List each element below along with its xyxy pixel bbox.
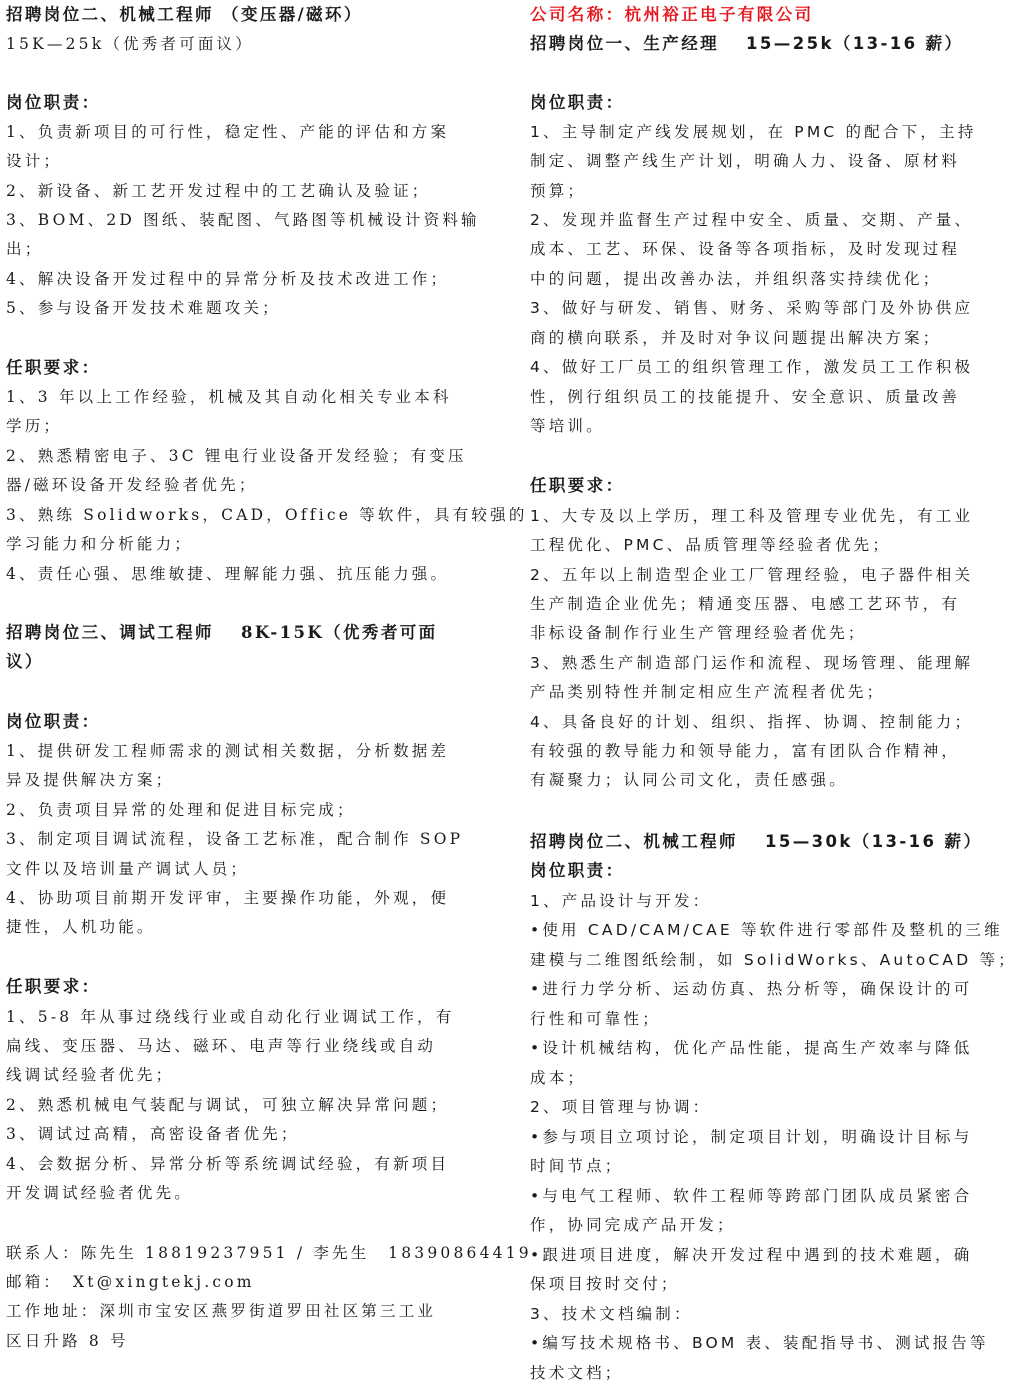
right-text-line: 商的横向联系，并及时对争议问题提出解决方案； bbox=[530, 327, 941, 349]
right-text-line: 2、五年以上制造型企业工厂管理经验，电子器件相关 bbox=[530, 564, 973, 586]
left-text-line: 3、熟练 Solidworks，CAD，Office 等软件，具有较强的 bbox=[6, 504, 528, 526]
left-text-line: 器/磁环设备开发经验者优先； bbox=[6, 474, 258, 496]
right-text-line: •使用 CAD/CAM/CAE 等软件进行零部件及整机的三维 bbox=[530, 919, 1003, 941]
left-text-line: 联系人：陈先生 18819237951 / 李先生 18390864419 bbox=[6, 1242, 532, 1264]
right-text-line: 1、主导制定产线发展规划，在 PMC 的配合下，主持 bbox=[530, 121, 976, 143]
left-text-line: 4、解决设备开发过程中的异常分析及技术改进工作； bbox=[6, 268, 449, 290]
left-text-line: 2、负责项目异常的处理和促进目标完成； bbox=[6, 799, 356, 821]
left-text-line: 3、制定项目调试流程，设备工艺标准，配合制作 SOP bbox=[6, 828, 463, 850]
left-text-line: 工作地址：深圳市宝安区燕罗街道罗田社区第三工业 bbox=[6, 1300, 436, 1322]
right-text-line: 非标设备制作行业生产管理经验者优先； bbox=[530, 622, 867, 644]
right-text-line: 4、做好工厂员工的组织管理工作，激发员工工作积极 bbox=[530, 356, 973, 378]
right-text-line: •参与项目立项讨论，制定项目计划，明确设计目标与 bbox=[530, 1126, 972, 1148]
right-section-heading: 任职要求： bbox=[530, 475, 625, 497]
right-section-heading: 招聘岗位二、机械工程师 15—30k（13-16 薪） bbox=[530, 831, 982, 853]
right-text-line: 成本； bbox=[530, 1067, 586, 1089]
right-section-heading: 岗位职责： bbox=[530, 92, 625, 114]
right-text-line: 工程优化、PMC、品质管理等经验者优先； bbox=[530, 534, 891, 556]
right-text-line: 3、技术文档编制： bbox=[530, 1303, 693, 1325]
left-section-heading: 岗位职责： bbox=[6, 92, 101, 114]
left-text-line: 异及提供解决方案； bbox=[6, 769, 174, 791]
right-text-line: 成本、工艺、环保、设备等各项指标，及时发现过程 bbox=[530, 238, 960, 260]
right-section-heading: 岗位职责： bbox=[530, 860, 625, 882]
left-text-line: 区日升路 8 号 bbox=[6, 1330, 129, 1352]
right-text-line: •进行力学分析、运动仿真、热分析等，确保设计的可 bbox=[530, 978, 972, 1000]
right-text-line: 作，协同完成产品开发； bbox=[530, 1214, 736, 1236]
left-text-line: 线调试经验者优先； bbox=[6, 1064, 174, 1086]
right-text-line: 性，例行组织员工的技能提升、安全意识、质量改善 bbox=[530, 386, 960, 408]
right-text-line: 有较强的教导能力和领导能力，富有团队合作精神， bbox=[530, 740, 960, 762]
right-text-line: 1、产品设计与开发： bbox=[530, 890, 711, 912]
left-text-line: 出； bbox=[6, 238, 43, 260]
left-text-line: 1、3 年以上工作经验，机械及其自动化相关专业本科 bbox=[6, 386, 452, 408]
right-text-line: 中的问题，提出改善办法，并组织落实持续优化； bbox=[530, 268, 941, 290]
left-text-line: 3、调试过高精，高密设备者优先； bbox=[6, 1123, 300, 1145]
right-text-line: 建模与二维图纸绘制，如 SolidWorks、AutoCAD 等； bbox=[530, 949, 1017, 971]
right-text-line: 等培训。 bbox=[530, 415, 605, 437]
left-section-heading: 任职要求： bbox=[6, 976, 101, 998]
left-section-heading: 任职要求： bbox=[6, 357, 101, 379]
right-section-heading: 招聘岗位一、生产经理 15—25k（13-16 薪） bbox=[530, 33, 963, 55]
right-text-line: 1、大专及以上学历，理工科及管理专业优先，有工业 bbox=[530, 505, 973, 527]
left-text-line: 1、5-8 年从事过绕线行业或自动化行业调试工作，有 bbox=[6, 1006, 454, 1028]
left-text-line: 3、BOM、2D 图纸、装配图、气路图等机械设计资料输 bbox=[6, 209, 480, 231]
right-text-line: 预算； bbox=[530, 180, 586, 202]
right-text-line: 4、具备良好的计划、组织、指挥、协调、控制能力； bbox=[530, 711, 973, 733]
left-text-line: 2、熟悉精密电子、3C 锂电行业设备开发经验；有变压 bbox=[6, 445, 467, 467]
left-text-line: 文件以及培训量产调试人员； bbox=[6, 858, 249, 880]
left-section-heading: 岗位职责： bbox=[6, 711, 101, 733]
left-section-heading: 招聘岗位三、调试工程师 8K-15K（优秀者可面 bbox=[6, 622, 438, 644]
company-name: 公司名称：杭州裕正电子有限公司 bbox=[530, 4, 814, 26]
right-text-line: 3、熟悉生产制造部门运作和流程、现场管理、能理解 bbox=[530, 652, 973, 674]
right-text-line: 2、项目管理与协调： bbox=[530, 1096, 711, 1118]
right-text-line: 制定、调整产线生产计划，明确人力、设备、原材料 bbox=[530, 150, 960, 172]
right-text-line: •设计机械结构，优化产品性能，提高生产效率与降低 bbox=[530, 1037, 972, 1059]
left-text-line: 5、参与设备开发技术难题攻关； bbox=[6, 297, 281, 319]
right-text-line: 行性和可靠性； bbox=[530, 1008, 661, 1030]
right-text-line: •跟进项目进度，解决开发过程中遇到的技术难题，确 bbox=[530, 1244, 972, 1266]
right-text-line: 产品类别特性并制定相应生产流程者优先； bbox=[530, 681, 885, 703]
left-text-line: 4、责任心强、思维敏捷、理解能力强、抗压能力强。 bbox=[6, 563, 449, 585]
left-text-line: 学历； bbox=[6, 415, 62, 437]
left-text-line: 邮箱： Xt@xingtekj.com bbox=[6, 1271, 255, 1293]
right-text-line: 技术文档； bbox=[530, 1362, 624, 1384]
left-text-line: 2、熟悉机械电气装配与调试，可独立解决异常问题； bbox=[6, 1094, 449, 1116]
left-text-line: 4、协助项目前期开发评审，主要操作功能，外观，便 bbox=[6, 887, 449, 909]
left-text-line: 捷性，人机功能。 bbox=[6, 916, 156, 938]
right-text-line: 有凝聚力；认同公司文化，责任感强。 bbox=[530, 769, 848, 791]
right-text-line: 生产制造企业优先；精通变压器、电感工艺环节，有 bbox=[530, 593, 960, 615]
left-section-heading: 议） bbox=[6, 651, 44, 673]
right-text-line: 3、做好与研发、销售、财务、采购等部门及外协供应 bbox=[530, 297, 973, 319]
left-text-line: 扁线、变压器、马达、磁环、电声等行业绕线或自动 bbox=[6, 1035, 436, 1057]
left-text-line: 2、新设备、新工艺开发过程中的工艺确认及验证； bbox=[6, 180, 430, 202]
right-text-line: 2、发现并监督生产过程中安全、质量、交期、产量、 bbox=[530, 209, 973, 231]
left-text-line: 4、会数据分析、异常分析等系统调试经验，有新项目 bbox=[6, 1153, 449, 1175]
right-text-line: 时间节点； bbox=[530, 1155, 624, 1177]
left-text-line: 1、负责新项目的可行性，稳定性、产能的评估和方案 bbox=[6, 121, 449, 143]
left-text-line: 开发调试经验者优先。 bbox=[6, 1182, 193, 1204]
left-section-heading: 招聘岗位二、机械工程师 （变压器/磁环） bbox=[6, 4, 363, 26]
right-text-line: •与电气工程师、软件工程师等跨部门团队成员紧密合 bbox=[530, 1185, 972, 1207]
left-text-line: 设计； bbox=[6, 150, 62, 172]
left-text-line: 15K—25k（优秀者可面议） bbox=[6, 33, 254, 55]
left-text-line: 学习能力和分析能力； bbox=[6, 533, 193, 555]
right-text-line: •编写技术规格书、BOM 表、装配指导书、测试报告等 bbox=[530, 1332, 989, 1354]
left-text-line: 1、提供研发工程师需求的测试相关数据，分析数据差 bbox=[6, 740, 449, 762]
right-text-line: 保项目按时交付； bbox=[530, 1273, 680, 1295]
